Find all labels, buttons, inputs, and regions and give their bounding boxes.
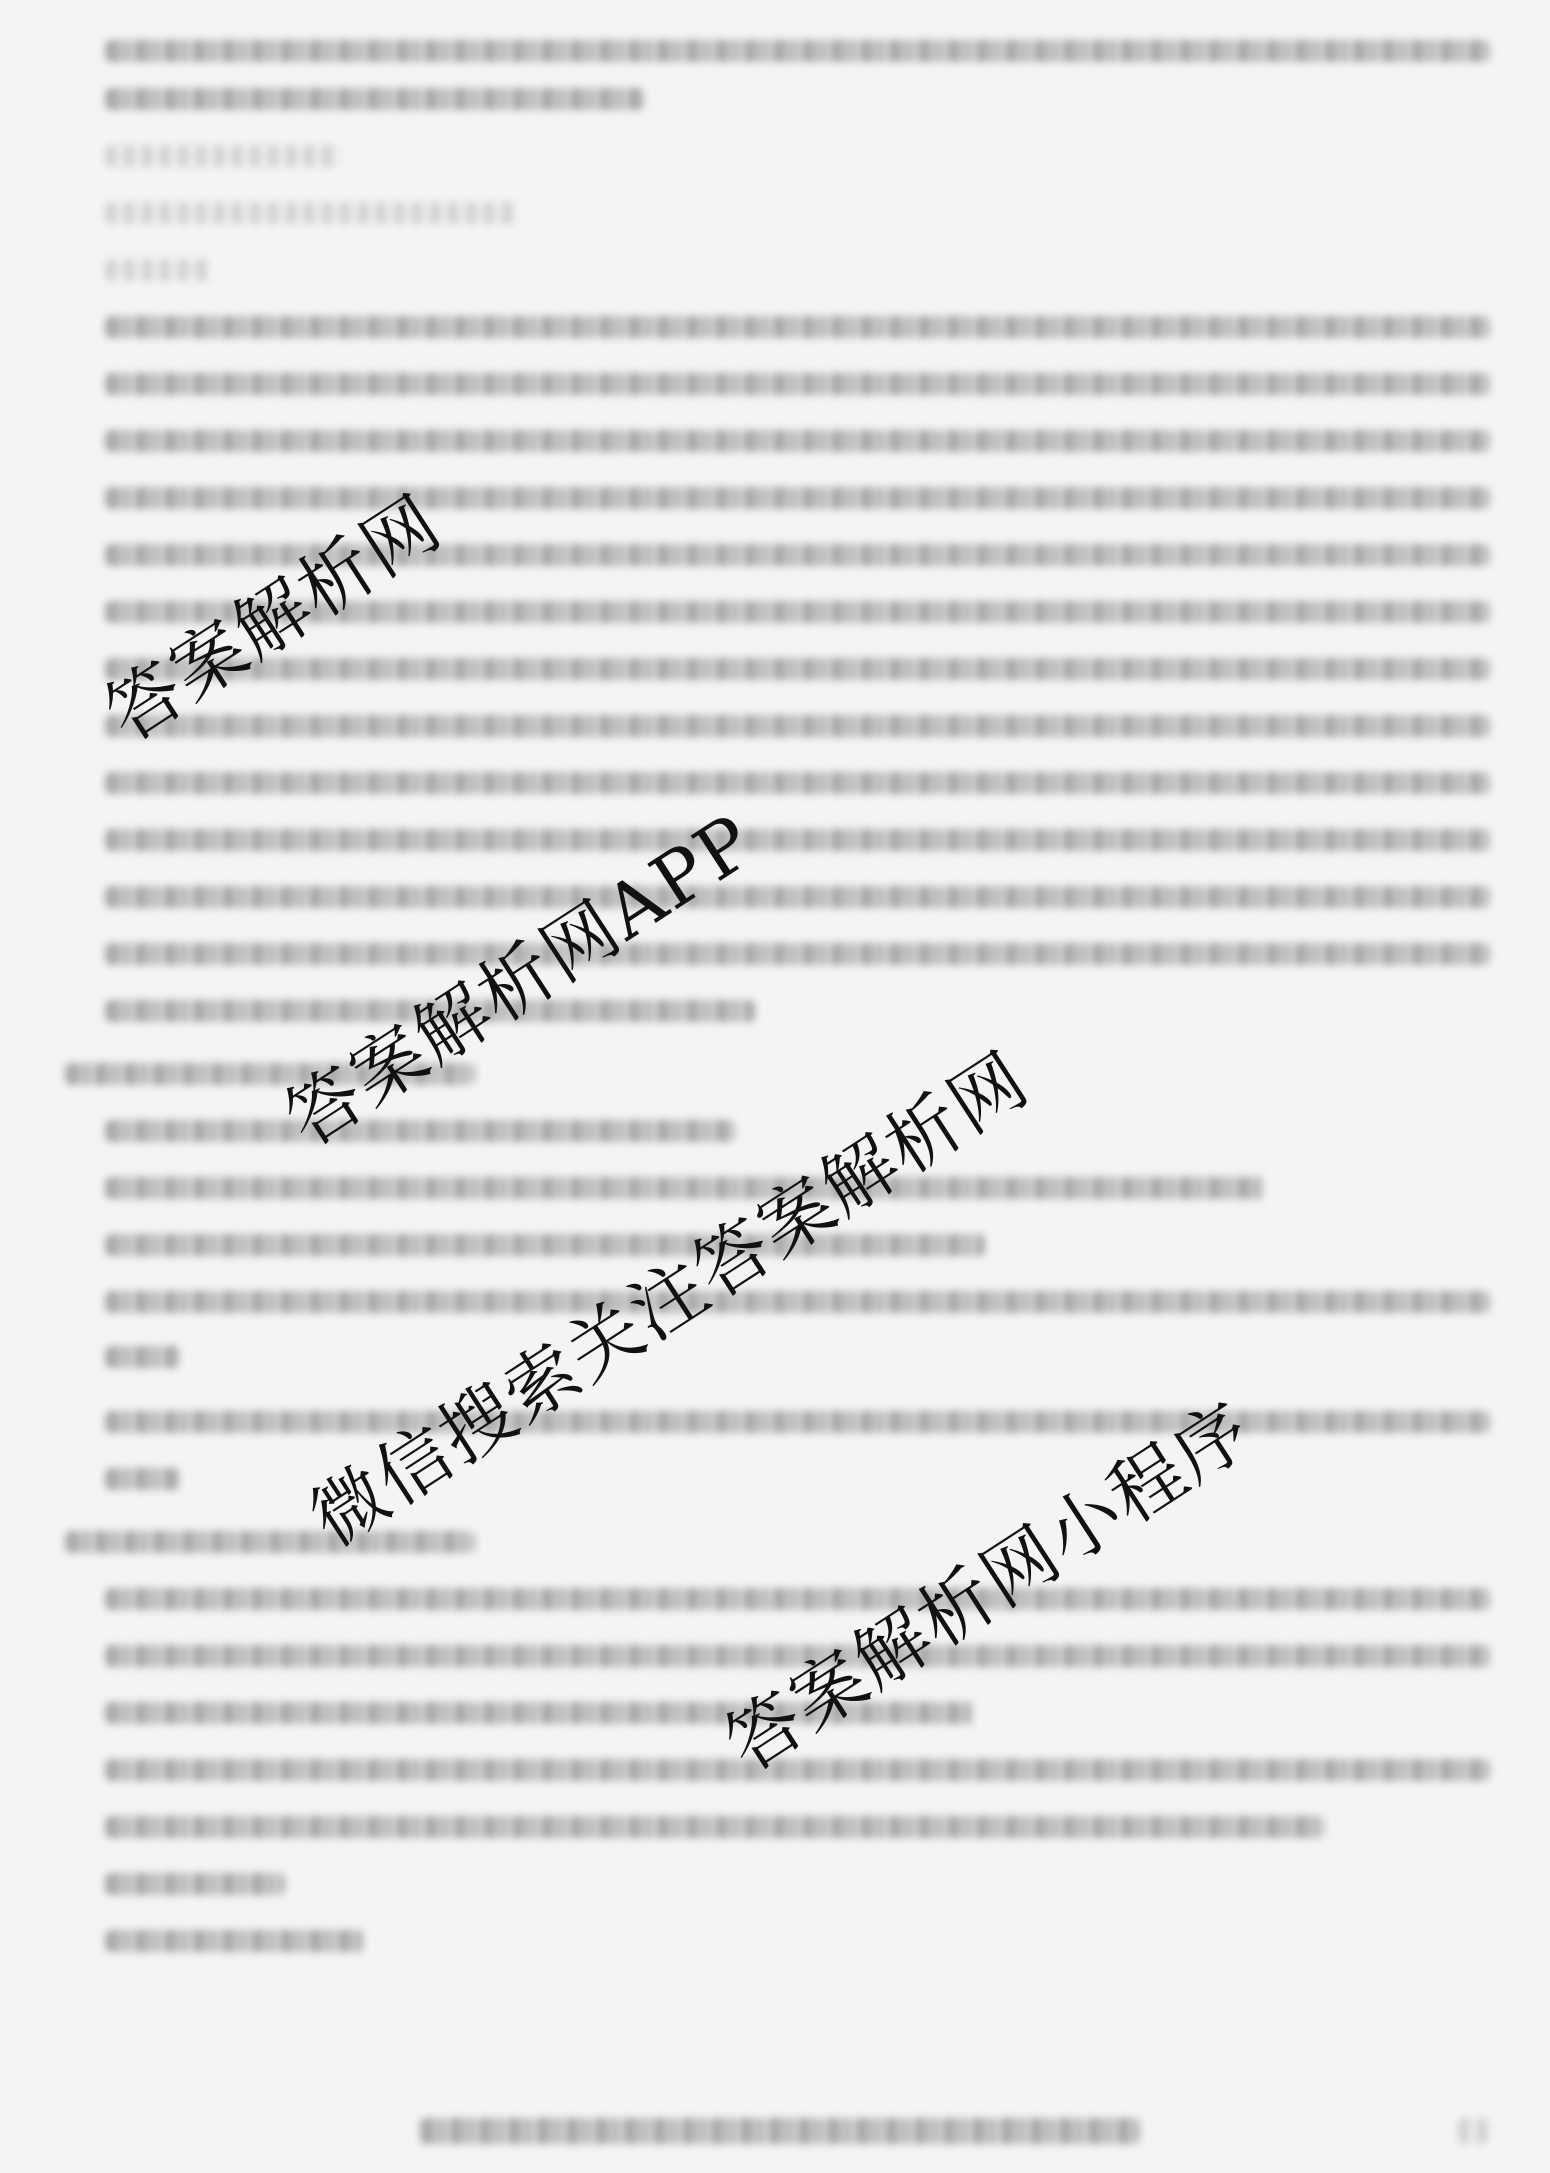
blurred-text-line [105,430,1490,452]
blurred-text-line [65,1531,475,1553]
document-page: 答案解析网 答案解析网APP 微信搜索关注答案解析网 答案解析网小程序 [0,0,1550,2173]
blurred-text-line [105,1411,1490,1433]
blurred-text-line [105,373,1490,395]
blurred-text-line [105,487,1490,509]
blurred-text-line [105,1120,735,1142]
blurred-text-line [105,772,1490,794]
blurred-text-line [105,829,1490,851]
blurred-text-line [105,886,1490,908]
blurred-text-line [105,316,1490,338]
blurred-text-line [105,1930,365,1952]
blurred-text-line [105,1588,1490,1610]
footer-label [420,2118,1140,2144]
blurred-text-line [105,145,340,167]
blurred-text-line [105,1873,285,1895]
blurred-text-line [105,1177,1265,1199]
blurred-text-line [105,259,210,281]
blurred-text-line [105,1346,180,1368]
blurred-text-line [105,943,1490,965]
watermark-4: 答案解析网小程序 [702,1372,1270,1792]
blurred-text-line [105,1468,180,1490]
blurred-text-line [105,40,1490,62]
blurred-text-line [105,658,1490,680]
blurred-text-line [105,1234,985,1256]
blurred-text-line [105,715,1490,737]
blurred-text-line [105,1816,1325,1838]
page-number [1458,2118,1488,2144]
blurred-text-line [105,1291,1490,1313]
blurred-text-line [105,202,515,224]
blurred-text-line [105,88,645,110]
